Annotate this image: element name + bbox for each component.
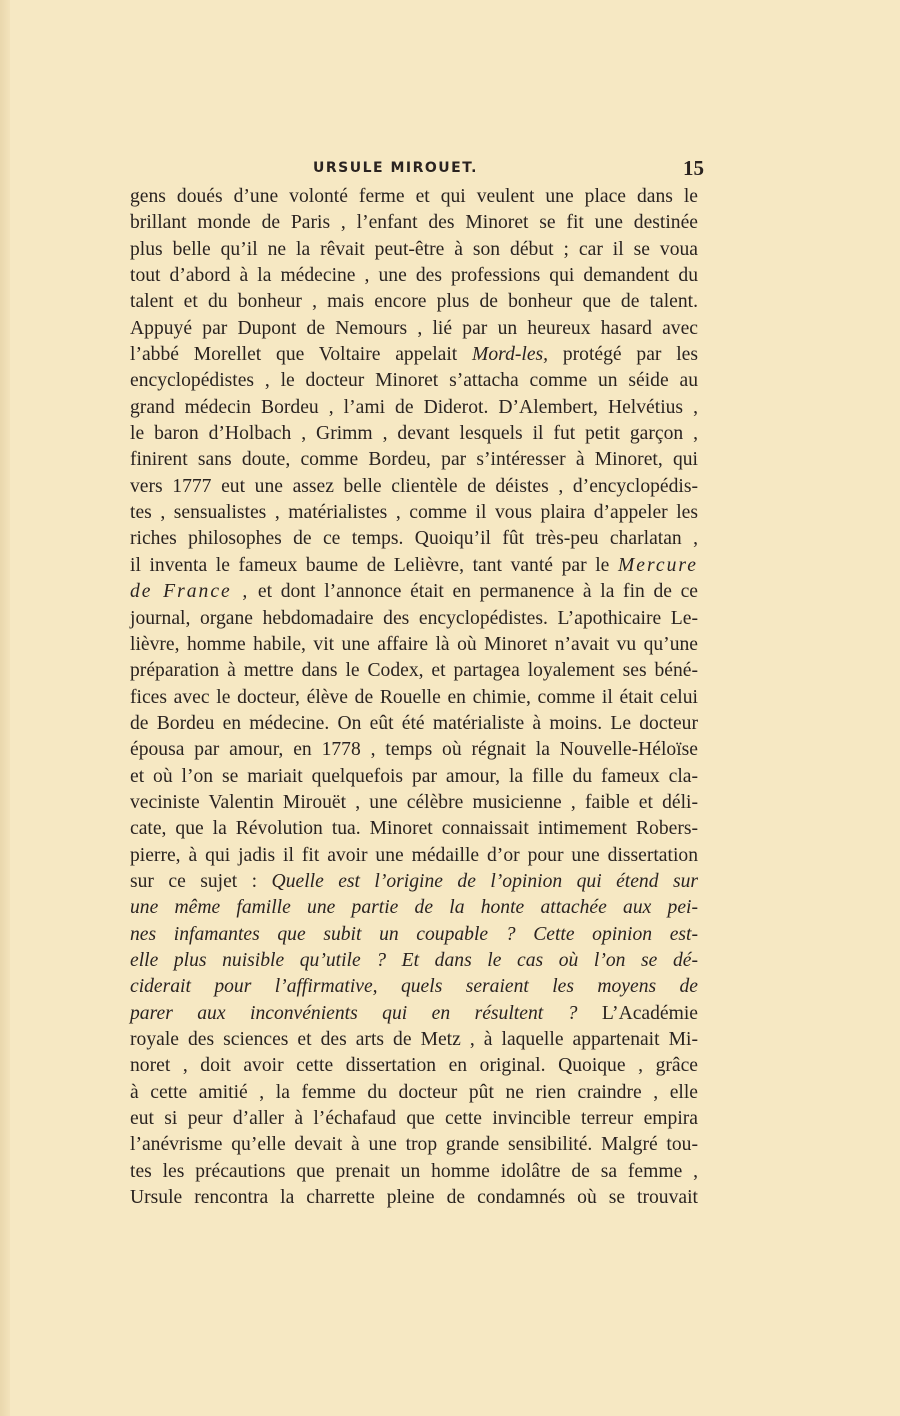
- text-segment: talent et du bonheur , mais encore plus …: [130, 291, 698, 312]
- italic-text-segment: une même famille une partie de la honte …: [130, 897, 698, 918]
- italic-text-segment: elle plus nuisible qu’utile ? Et dans le…: [130, 950, 698, 971]
- text-segment: fices avec le docteur, élève de Rouelle …: [130, 687, 698, 708]
- text-segment: le baron d’Holbach , Grimm , devant lesq…: [130, 423, 698, 444]
- text-segment: grand médecin Bordeu , l’ami de Diderot.…: [130, 397, 698, 418]
- text-line: journal, organe hebdomadaire des encyclo…: [130, 606, 698, 632]
- text-segment: Ursule rencontra la charrette pleine de …: [130, 1187, 698, 1208]
- italic-text-segment: nes infamantes que subit un coupable ? C…: [130, 924, 698, 945]
- text-line: eut si peur d’aller à l’échafaud que cet…: [130, 1106, 698, 1132]
- text-segment: il inventa le fameux baume de Lelièvre, …: [130, 555, 618, 576]
- text-line: fices avec le docteur, élève de Rouelle …: [130, 685, 698, 711]
- text-segment: tout d’abord à la médecine , une des pro…: [130, 265, 698, 286]
- text-segment: gens doués d’une volonté ferme et qui ve…: [130, 186, 698, 207]
- text-line: elle plus nuisible qu’utile ? Et dans le…: [130, 948, 698, 974]
- text-line: finirent sans doute, comme Bordeu, par s…: [130, 447, 698, 473]
- italic-text-segment: Quelle est l’origine de l’opinion qui ét…: [272, 871, 698, 892]
- text-line: gens doués d’une volonté ferme et qui ve…: [130, 184, 698, 210]
- text-line: lièvre, homme habile, vit une affaire là…: [130, 632, 698, 658]
- text-line: encyclopédistes , le docteur Minoret s’a…: [130, 368, 698, 394]
- text-segment: noret , doit avoir cette dissertation en…: [130, 1055, 698, 1076]
- text-line: royale des sciences et des arts de Metz …: [130, 1027, 698, 1053]
- text-segment: lièvre, homme habile, vit une affaire là…: [130, 634, 698, 655]
- text-line: Ursule rencontra la charrette pleine de …: [130, 1185, 698, 1211]
- text-segment: sur ce sujet :: [130, 871, 272, 892]
- text-line: épousa par amour, en 1778 , temps où rég…: [130, 737, 698, 763]
- text-segment: finirent sans doute, comme Bordeu, par s…: [130, 449, 698, 470]
- text-segment: de Bordeu en médecine. On eût été matéri…: [130, 713, 698, 734]
- text-segment: tes , sensualistes , matérialistes , com…: [130, 502, 698, 523]
- text-line: plus belle qu’il ne la rêvait peut-être …: [130, 237, 698, 263]
- page-number: 15: [683, 156, 704, 181]
- text-segment: préparation à mettre dans le Codex, et p…: [130, 660, 698, 681]
- text-line: parer aux inconvénients qui en résultent…: [130, 1001, 698, 1027]
- text-segment: royale des sciences et des arts de Metz …: [130, 1029, 698, 1050]
- text-line: riches philosophes de ce temps. Quoiqu’i…: [130, 526, 698, 552]
- text-segment: tes les précautions que prenait un homme…: [130, 1161, 698, 1182]
- running-title: URSULE MIROUET.: [313, 160, 478, 176]
- text-line: noret , doit avoir cette dissertation en…: [130, 1053, 698, 1079]
- text-line: il inventa le fameux baume de Lelièvre, …: [130, 553, 698, 579]
- text-line: brillant monde de Paris , l’enfant des M…: [130, 210, 698, 236]
- text-line: talent et du bonheur , mais encore plus …: [130, 289, 698, 315]
- page-header: URSULE MIROUET. 15: [130, 158, 710, 182]
- text-line: Appuyé par Dupont de Nemours , lié par u…: [130, 316, 698, 342]
- text-segment: journal, organe hebdomadaire des encyclo…: [130, 608, 698, 629]
- text-segment: vers 1777 eut une assez belle clientèle …: [130, 476, 698, 497]
- text-line: de France , et dont l’annonce était en p…: [130, 579, 698, 605]
- text-segment: épousa par amour, en 1778 , temps où rég…: [130, 739, 698, 760]
- text-segment: riches philosophes de ce temps. Quoiqu’i…: [130, 528, 698, 549]
- italic-text-segment: ciderait pour l’affirmative, quels serai…: [130, 976, 698, 997]
- text-line: vers 1777 eut une assez belle clientèle …: [130, 474, 698, 500]
- text-line: veciniste Valentin Mirouët , une célèbre…: [130, 790, 698, 816]
- text-segment: et où l’on se mariait quelquefois par am…: [130, 766, 698, 787]
- page-gutter-shadow: [0, 0, 10, 1416]
- text-line: de Bordeu en médecine. On eût été matéri…: [130, 711, 698, 737]
- text-segment: protégé par les: [548, 344, 698, 365]
- text-segment: eut si peur d’aller à l’échafaud que cet…: [130, 1108, 698, 1129]
- text-segment: et dont l’annonce était en permanence à …: [249, 581, 698, 602]
- text-line: sur ce sujet : Quelle est l’origine de l…: [130, 869, 698, 895]
- text-segment: l’abbé Morellet que Voltaire appelait: [130, 344, 472, 365]
- text-line: grand médecin Bordeu , l’ami de Diderot.…: [130, 395, 698, 421]
- text-segment: pierre, à qui jadis il fit avoir une méd…: [130, 845, 698, 866]
- text-line: pierre, à qui jadis il fit avoir une méd…: [130, 843, 698, 869]
- text-line: tout d’abord à la médecine , une des pro…: [130, 263, 698, 289]
- text-line: cate, que la Révolution tua. Minoret con…: [130, 816, 698, 842]
- italic-text-segment: de France ,: [130, 581, 249, 602]
- italic-text-segment: parer aux inconvénients qui en résultent…: [130, 1003, 577, 1024]
- text-segment: plus belle qu’il ne la rêvait peut-être …: [130, 239, 698, 260]
- text-line: une même famille une partie de la honte …: [130, 895, 698, 921]
- text-segment: Appuyé par Dupont de Nemours , lié par u…: [130, 318, 698, 339]
- text-line: nes infamantes que subit un coupable ? C…: [130, 922, 698, 948]
- text-segment: brillant monde de Paris , l’enfant des M…: [130, 212, 698, 233]
- text-line: tes les précautions que prenait un homme…: [130, 1159, 698, 1185]
- body-text: gens doués d’une volonté ferme et qui ve…: [130, 184, 698, 1211]
- text-line: le baron d’Holbach , Grimm , devant lesq…: [130, 421, 698, 447]
- italic-text-segment: Mercure: [618, 555, 698, 576]
- text-segment: encyclopédistes , le docteur Minoret s’a…: [130, 370, 698, 391]
- text-segment: cate, que la Révolution tua. Minoret con…: [130, 818, 698, 839]
- text-line: et où l’on se mariait quelquefois par am…: [130, 764, 698, 790]
- text-line: préparation à mettre dans le Codex, et p…: [130, 658, 698, 684]
- text-line: à cette amitié , la femme du docteur pût…: [130, 1080, 698, 1106]
- text-segment: à cette amitié , la femme du docteur pût…: [130, 1082, 698, 1103]
- text-line: ciderait pour l’affirmative, quels serai…: [130, 974, 698, 1000]
- italic-text-segment: Mord-les,: [472, 344, 548, 365]
- text-segment: L’Académie: [577, 1003, 698, 1024]
- text-line: tes , sensualistes , matérialistes , com…: [130, 500, 698, 526]
- text-line: l’anévrisme qu’elle devait à une trop gr…: [130, 1132, 698, 1158]
- text-line: l’abbé Morellet que Voltaire appelait Mo…: [130, 342, 698, 368]
- text-segment: veciniste Valentin Mirouët , une célèbre…: [130, 792, 698, 813]
- text-segment: l’anévrisme qu’elle devait à une trop gr…: [130, 1134, 698, 1155]
